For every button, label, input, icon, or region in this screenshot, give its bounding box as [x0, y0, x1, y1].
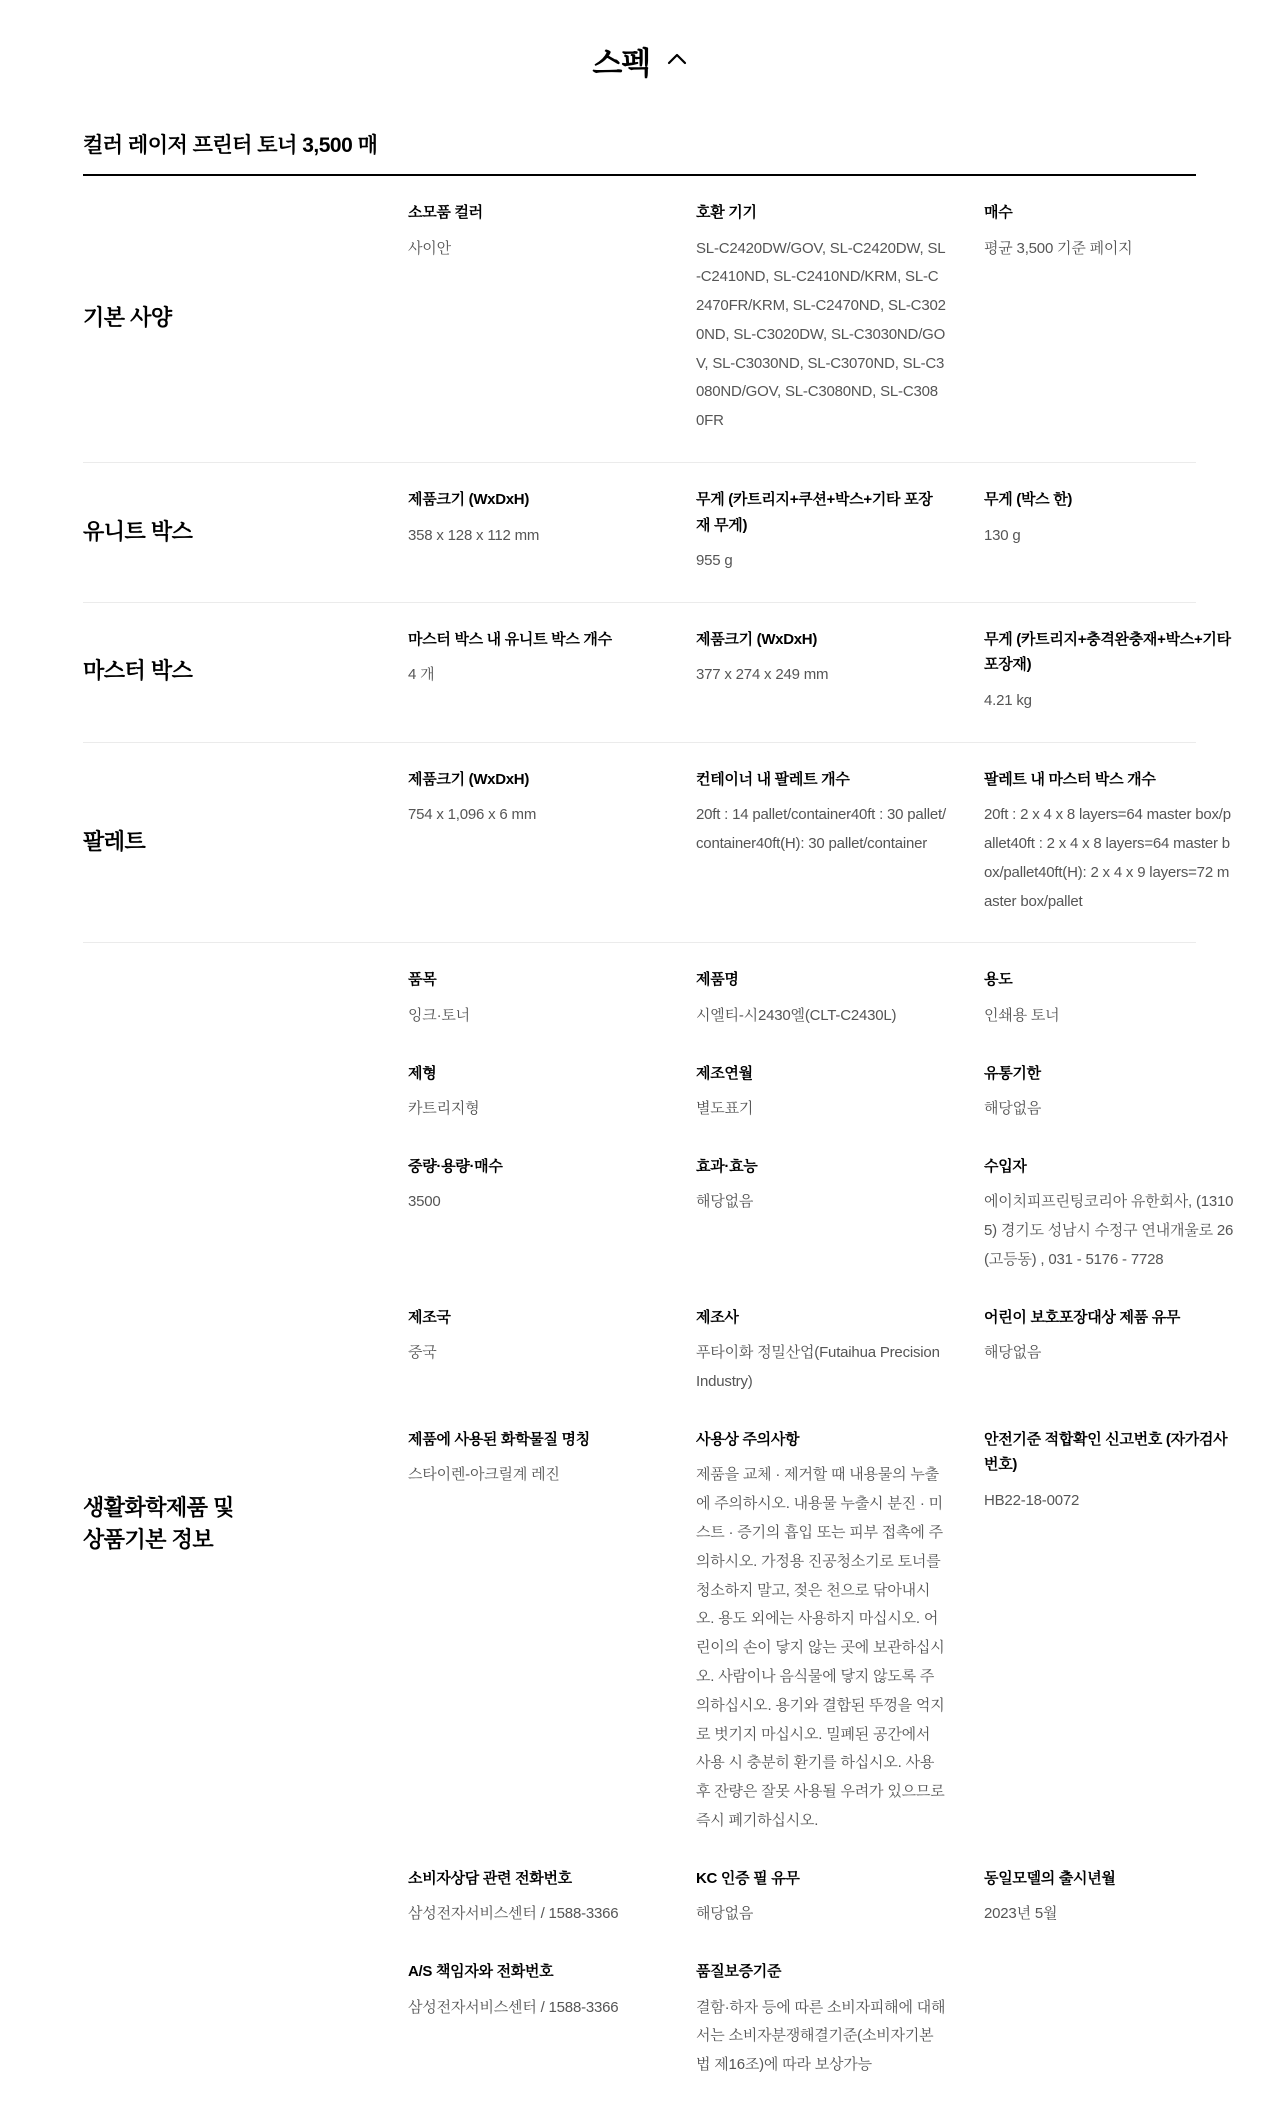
- spec-item-label: 품질보증기준: [696, 1959, 946, 1985]
- spec-item-label: 팔레트 내 마스터 박스 개수: [984, 767, 1234, 793]
- spec-item: 안전기준 적합확인 신고번호 (자가검사번호) HB22-18-0072: [984, 1427, 1234, 1516]
- spec-item-value: 130 g: [984, 522, 1234, 551]
- spec-item-label: 제조국: [408, 1305, 658, 1331]
- spec-item-value: 4 개: [408, 661, 658, 690]
- spec-item: KC 인증 필 유무 해당없음: [696, 1866, 946, 1929]
- spec-item: 중량·용량·매수 3500: [408, 1154, 658, 1217]
- spec-item-label: 제품에 사용된 화학물질 명칭: [408, 1427, 658, 1453]
- spec-item: 제품에 사용된 화학물질 명칭 스타이렌-아크릴계 레진: [408, 1427, 658, 1490]
- spec-item-label: 무게 (박스 한): [984, 487, 1234, 513]
- spec-item-label: 안전기준 적합확인 신고번호 (자가검사번호): [984, 1427, 1234, 1478]
- spec-item: 제품명 시엘티-시2430엘(CLT-C2430L): [696, 967, 946, 1030]
- spec-item: 호환 기기 SL-C2420DW/GOV, SL-C2420DW, SL-C24…: [696, 200, 946, 436]
- spec-item: 소비자상담 관련 전화번호 삼성전자서비스센터 / 1588-3366: [408, 1866, 658, 1929]
- spec-item-value: 평균 3,500 기준 페이지: [984, 235, 1234, 264]
- spec-item-label: 마스터 박스 내 유니트 박스 개수: [408, 627, 658, 653]
- row-label-unit-box: 유니트 박스: [83, 516, 370, 548]
- spec-item-value: 20ft : 2 x 4 x 8 layers=64 master box/pa…: [984, 801, 1234, 916]
- chevron-up-icon: [667, 52, 687, 70]
- row-label-line: 상품기본 정보: [83, 1524, 370, 1556]
- spec-page: 스펙 컬러 레이저 프린터 토너 3,500 매 기본 사양 소모품 컬러 사이…: [0, 0, 1262, 2126]
- spec-item-value: SL-C2420DW/GOV, SL-C2420DW, SL-C2410ND, …: [696, 235, 946, 437]
- spec-row-product-info: 생활화학제품 및 상품기본 정보 품목 잉크·토너 제품명 시엘티-시2430엘…: [83, 943, 1196, 2106]
- spec-item-value: 잉크·토너: [408, 1002, 658, 1031]
- spec-item: 사용상 주의사항 제품을 교체 · 제거할 때 내용물의 누출에 주의하시오. …: [696, 1427, 946, 1836]
- product-info-grid: 품목 잉크·토너 제품명 시엘티-시2430엘(CLT-C2430L) 용도 인…: [408, 967, 1234, 2080]
- spec-item: A/S 책임자와 전화번호 삼성전자서비스센터 / 1588-3366: [408, 1959, 658, 2022]
- row-label-product-info: 생활화학제품 및 상품기본 정보: [83, 1492, 370, 1556]
- spec-item-value: 4.21 kg: [984, 687, 1234, 716]
- spec-item-label: 소모품 컬러: [408, 200, 658, 226]
- row-label-line: 생활화학제품 및: [83, 1492, 370, 1524]
- spec-item-label: 어린이 보호포장대상 제품 유무: [984, 1305, 1234, 1331]
- spec-item: 어린이 보호포장대상 제품 유무 해당없음: [984, 1305, 1234, 1368]
- spec-item-label: 컨테이너 내 팔레트 개수: [696, 767, 946, 793]
- spec-item: 컨테이너 내 팔레트 개수 20ft : 14 pallet/container…: [696, 767, 946, 917]
- spec-item: 제형 카트리지형: [408, 1061, 658, 1124]
- spec-item-label: 매수: [984, 200, 1234, 226]
- spec-item-label: 소비자상담 관련 전화번호: [408, 1866, 658, 1892]
- spec-item-value: 사이안: [408, 235, 658, 264]
- product-section-title: 컬러 레이저 프린터 토너 3,500 매: [83, 129, 1196, 176]
- spec-item: 제조국 중국: [408, 1305, 658, 1368]
- spec-item: 팔레트 내 마스터 박스 개수 20ft : 2 x 4 x 8 layers=…: [984, 767, 1234, 917]
- spec-accordion-toggle[interactable]: 스펙: [83, 34, 1196, 83]
- spec-row-basic: 기본 사양 소모품 컬러 사이안 호환 기기 SL-C2420DW/GOV, S…: [83, 176, 1196, 463]
- spec-item-value: 삼성전자서비스센터 / 1588-3366: [408, 1994, 658, 2023]
- spec-item-value: 754 x 1,096 x 6 mm: [408, 801, 658, 830]
- spec-item-value: 별도표기: [696, 1095, 946, 1124]
- row-label-master-box: 마스터 박스: [83, 655, 370, 687]
- spec-item-value: 3500: [408, 1188, 658, 1217]
- spec-item: 매수 평균 3,500 기준 페이지: [984, 200, 1234, 436]
- spec-item-label: 제조사: [696, 1305, 946, 1331]
- spec-item-value: 해당없음: [984, 1095, 1234, 1124]
- spec-item-value: 해당없음: [696, 1188, 946, 1217]
- spec-item-label: 무게 (카트리지+쿠션+박스+기타 포장재 무게): [696, 487, 946, 538]
- spec-item-label: 무게 (카트리지+충격완충재+박스+기타 포장재): [984, 627, 1234, 678]
- spec-item: 용도 인쇄용 토너: [984, 967, 1234, 1030]
- spec-item: 소모품 컬러 사이안: [408, 200, 658, 436]
- spec-item-value: 중국: [408, 1339, 658, 1368]
- spec-item: 품질보증기준 결함·하자 등에 따른 소비자피해에 대해서는 소비자분쟁해결기준…: [696, 1959, 946, 2080]
- spec-item: 수입자 에이치피프린팅코리아 유한회사, (13105) 경기도 성남시 수정구…: [984, 1154, 1234, 1275]
- spec-item: 제품크기 (WxDxH) 754 x 1,096 x 6 mm: [408, 767, 658, 917]
- spec-row-master-box: 마스터 박스 마스터 박스 내 유니트 박스 개수 4 개 제품크기 (WxDx…: [83, 603, 1196, 743]
- spec-item: 마스터 박스 내 유니트 박스 개수 4 개: [408, 627, 658, 716]
- spec-item-value: 스타이렌-아크릴계 레진: [408, 1461, 658, 1490]
- spec-item-value: HB22-18-0072: [984, 1487, 1234, 1516]
- spec-item: 무게 (카트리지+쿠션+박스+기타 포장재 무게) 955 g: [696, 487, 946, 576]
- spec-item-value: 20ft : 14 pallet/container40ft : 30 pall…: [696, 801, 946, 859]
- spec-item: 효과·효능 해당없음: [696, 1154, 946, 1217]
- row-label-pallet: 팔레트: [83, 826, 370, 858]
- spec-row-pallet: 팔레트 제품크기 (WxDxH) 754 x 1,096 x 6 mm 컨테이너…: [83, 743, 1196, 944]
- spec-table: 기본 사양 소모품 컬러 사이안 호환 기기 SL-C2420DW/GOV, S…: [83, 176, 1196, 2106]
- spec-item-label: 수입자: [984, 1154, 1234, 1180]
- spec-item: 제조사 푸타이화 정밀산업(Futaihua Precision Industr…: [696, 1305, 946, 1397]
- spec-item-value: 377 x 274 x 249 mm: [696, 661, 946, 690]
- spec-item-label: 품목: [408, 967, 658, 993]
- spec-item: 제품크기 (WxDxH) 377 x 274 x 249 mm: [696, 627, 946, 716]
- page-title: 스펙: [592, 46, 650, 81]
- spec-item-value: 955 g: [696, 547, 946, 576]
- spec-item-value: 결함·하자 등에 따른 소비자피해에 대해서는 소비자분쟁해결기준(소비자기본법…: [696, 1994, 946, 2080]
- spec-item-label: A/S 책임자와 전화번호: [408, 1959, 658, 1985]
- spec-item: 동일모델의 출시년월 2023년 5월: [984, 1866, 1234, 1929]
- spec-item-label: 효과·효능: [696, 1154, 946, 1180]
- row-label-basic: 기본 사양: [83, 302, 370, 334]
- spec-item-value: 2023년 5월: [984, 1900, 1234, 1929]
- spec-item-value: 에이치피프린팅코리아 유한회사, (13105) 경기도 성남시 수정구 연내개…: [984, 1188, 1234, 1274]
- spec-item-value: 제품을 교체 · 제거할 때 내용물의 누출에 주의하시오. 내용물 누출시 분…: [696, 1461, 946, 1835]
- spec-item-value: 인쇄용 토너: [984, 1002, 1234, 1031]
- spec-item-label: 용도: [984, 967, 1234, 993]
- spec-item-label: 제조연월: [696, 1061, 946, 1087]
- spec-item-value: 푸타이화 정밀산업(Futaihua Precision Industry): [696, 1339, 946, 1397]
- spec-item-label: 제품명: [696, 967, 946, 993]
- spec-item-label: 호환 기기: [696, 200, 946, 226]
- spec-item: 제품크기 (WxDxH) 358 x 128 x 112 mm: [408, 487, 658, 576]
- spec-item-label: 사용상 주의사항: [696, 1427, 946, 1453]
- spec-item: 제조연월 별도표기: [696, 1061, 946, 1124]
- spec-item-label: 제형: [408, 1061, 658, 1087]
- spec-item-value: 시엘티-시2430엘(CLT-C2430L): [696, 1002, 946, 1031]
- spec-item-value: 삼성전자서비스센터 / 1588-3366: [408, 1900, 658, 1929]
- spec-item: 품목 잉크·토너: [408, 967, 658, 1030]
- spec-row-unit-box: 유니트 박스 제품크기 (WxDxH) 358 x 128 x 112 mm 무…: [83, 463, 1196, 603]
- spec-item: 무게 (카트리지+충격완충재+박스+기타 포장재) 4.21 kg: [984, 627, 1234, 716]
- spec-item-label: 제품크기 (WxDxH): [696, 627, 946, 653]
- spec-item: 무게 (박스 한) 130 g: [984, 487, 1234, 576]
- spec-item-label: 유통기한: [984, 1061, 1234, 1087]
- spec-item-label: 제품크기 (WxDxH): [408, 767, 658, 793]
- spec-item-label: 제품크기 (WxDxH): [408, 487, 658, 513]
- spec-item-value: 해당없음: [984, 1339, 1234, 1368]
- spec-item-value: 358 x 128 x 112 mm: [408, 522, 658, 551]
- spec-item-value: 카트리지형: [408, 1095, 658, 1124]
- spec-item-label: KC 인증 필 유무: [696, 1866, 946, 1892]
- spec-item-label: 동일모델의 출시년월: [984, 1866, 1234, 1892]
- spec-item-value: 해당없음: [696, 1900, 946, 1929]
- spec-item: 유통기한 해당없음: [984, 1061, 1234, 1124]
- spec-item-label: 중량·용량·매수: [408, 1154, 658, 1180]
